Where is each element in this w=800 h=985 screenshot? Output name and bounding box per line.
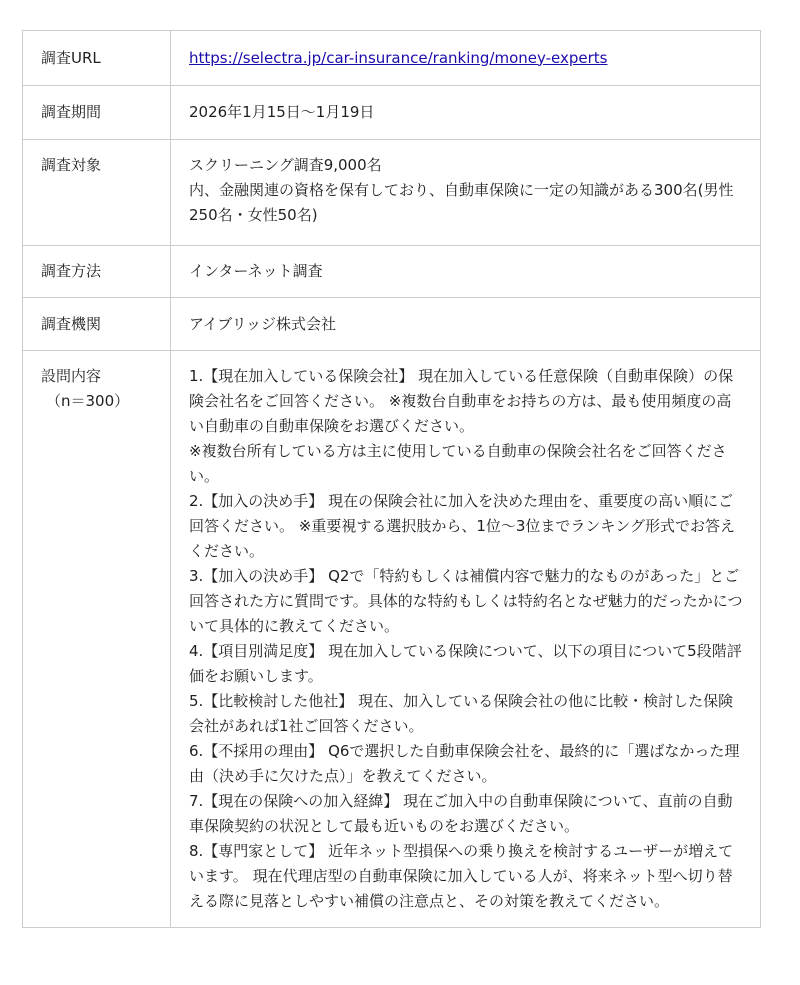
text-line: 設問内容 [41,364,160,389]
table-row-survey-target: 調査対象 スクリーニング調査9,000名内、金融関連の資格を保有しており、自動車… [23,140,761,246]
survey-agency-label: 調査機関 [23,298,171,351]
text-line: （n＝300） [41,389,160,414]
table-row-survey-method: 調査方法 インターネット調査 [23,246,761,298]
text-line: 7.【現在の保険への加入経緯】 現在ご加入中の自動車保険について、直前の自動車保… [189,789,745,839]
table-row-survey-agency: 調査機関 アイブリッジ株式会社 [23,298,761,351]
survey-method-value: インターネット調査 [171,246,761,298]
question-content-label: 設問内容（n＝300） [23,351,171,928]
survey-info-table: 調査URL https://selectra.jp/car-insurance/… [22,30,761,928]
text-line: 1.【現在加入している保険会社】 現在加入している任意保険（自動車保険）の保険会… [189,364,745,439]
text-line: 2.【加入の決め手】 現在の保険会社に加入を決めた理由を、重要度の高い順にご回答… [189,489,745,564]
survey-info-section: 調査URL https://selectra.jp/car-insurance/… [22,30,761,928]
survey-period-label: 調査期間 [23,86,171,140]
table-row-question-content: 設問内容（n＝300） 1.【現在加入している保険会社】 現在加入している任意保… [23,351,761,928]
text-line: 8.【専門家として】 近年ネット型損保への乗り換えを検討するユーザーが増えていま… [189,839,745,914]
text-line: 6.【不採用の理由】 Q6で選択した自動車保険会社を、最終的に「選ばなかった理由… [189,739,745,789]
survey-method-label: 調査方法 [23,246,171,298]
text-line: 3.【加入の決め手】 Q2で「特約もしくは補償内容で魅力的なものがあった」とご回… [189,564,745,639]
text-line: 5.【比較検討した他社】 現在、加入している保険会社の他に比較・検討した保険会社… [189,689,745,739]
table-row-survey-period: 調査期間 2026年1月15日～1月19日 [23,86,761,140]
survey-url-link[interactable]: https://selectra.jp/car-insurance/rankin… [189,49,607,67]
text-line: ※複数台所有している方は主に使用している自動車の保険会社名をご回答ください。 [189,439,745,489]
survey-period-value: 2026年1月15日～1月19日 [171,86,761,140]
question-content-value: 1.【現在加入している保険会社】 現在加入している任意保険（自動車保険）の保険会… [171,351,761,928]
survey-agency-value: アイブリッジ株式会社 [171,298,761,351]
survey-url-label: 調査URL [23,31,171,86]
table-row-survey-url: 調査URL https://selectra.jp/car-insurance/… [23,31,761,86]
text-line: スクリーニング調査9,000名 [189,153,745,178]
survey-target-value: スクリーニング調査9,000名内、金融関連の資格を保有しており、自動車保険に一定… [171,140,761,246]
survey-url-cell: https://selectra.jp/car-insurance/rankin… [171,31,761,86]
survey-target-label: 調査対象 [23,140,171,246]
text-line: 内、金融関連の資格を保有しており、自動車保険に一定の知識がある300名(男性25… [189,178,745,228]
text-line: 4.【項目別満足度】 現在加入している保険について、以下の項目について5段階評価… [189,639,745,689]
